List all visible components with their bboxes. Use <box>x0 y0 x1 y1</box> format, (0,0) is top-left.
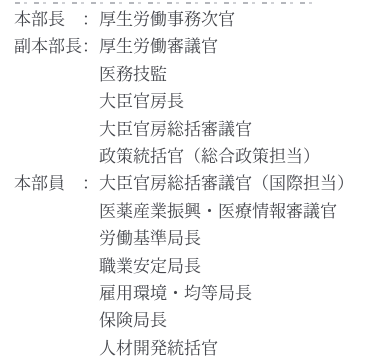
role-label <box>14 225 82 252</box>
member-name: 保険局長 <box>99 307 376 334</box>
role-label <box>14 143 82 170</box>
role-colon <box>82 253 99 280</box>
member-name: 政策統括官（総合政策担当） <box>99 143 376 170</box>
member-name: 大臣官房総括審議官（国際担当） <box>99 170 376 197</box>
role-colon: ： <box>82 33 99 60</box>
roster-row: 副本部長 ： 厚生労働審議官 <box>14 33 376 60</box>
role-label <box>14 198 82 225</box>
role-label <box>14 116 82 143</box>
role-colon <box>82 198 99 225</box>
roster-row: 保険局長 <box>14 307 376 334</box>
role-colon <box>82 88 99 115</box>
member-name: 雇用環境・均等局長 <box>99 280 376 307</box>
roster-row: 職業安定局長 <box>14 253 376 280</box>
member-name: 労働基準局長 <box>99 225 376 252</box>
member-name: 厚生労働審議官 <box>99 33 376 60</box>
clipped-text-artifact <box>15 2 315 4</box>
role-colon <box>82 335 99 361</box>
role-label <box>14 61 82 88</box>
roster-row: 大臣官房総括審議官 <box>14 116 376 143</box>
role-colon <box>82 280 99 307</box>
roster-row: 医薬産業振興・医療情報審議官 <box>14 198 376 225</box>
org-roster: 本部長 ： 厚生労働事務次官 副本部長 ： 厚生労働審議官 医務技監 大臣官房長… <box>14 6 376 361</box>
role-label: 副本部長 <box>14 33 82 60</box>
role-label <box>14 88 82 115</box>
roster-row: 本部長 ： 厚生労働事務次官 <box>14 6 376 33</box>
role-label <box>14 253 82 280</box>
role-colon: ： <box>82 170 99 197</box>
roster-row: 本部員 ： 大臣官房総括審議官（国際担当） <box>14 170 376 197</box>
roster-row: 大臣官房長 <box>14 88 376 115</box>
role-colon <box>82 143 99 170</box>
roster-row: 労働基準局長 <box>14 225 376 252</box>
role-colon <box>82 116 99 143</box>
roster-row: 雇用環境・均等局長 <box>14 280 376 307</box>
roster-row: 政策統括官（総合政策担当） <box>14 143 376 170</box>
role-colon <box>82 225 99 252</box>
member-name: 大臣官房長 <box>99 88 376 115</box>
member-name: 人材開発統括官 <box>99 335 376 361</box>
roster-row: 人材開発統括官 <box>14 335 376 361</box>
member-name: 厚生労働事務次官 <box>99 6 376 33</box>
member-name: 医薬産業振興・医療情報審議官 <box>99 198 376 225</box>
role-label <box>14 280 82 307</box>
role-colon <box>82 61 99 88</box>
role-colon <box>82 307 99 334</box>
role-label <box>14 335 82 361</box>
role-label: 本部員 <box>14 170 82 197</box>
role-label <box>14 307 82 334</box>
member-name: 医務技監 <box>99 61 376 88</box>
role-label: 本部長 <box>14 6 82 33</box>
role-colon: ： <box>82 6 99 33</box>
member-name: 職業安定局長 <box>99 253 376 280</box>
roster-row: 医務技監 <box>14 61 376 88</box>
member-name: 大臣官房総括審議官 <box>99 116 376 143</box>
